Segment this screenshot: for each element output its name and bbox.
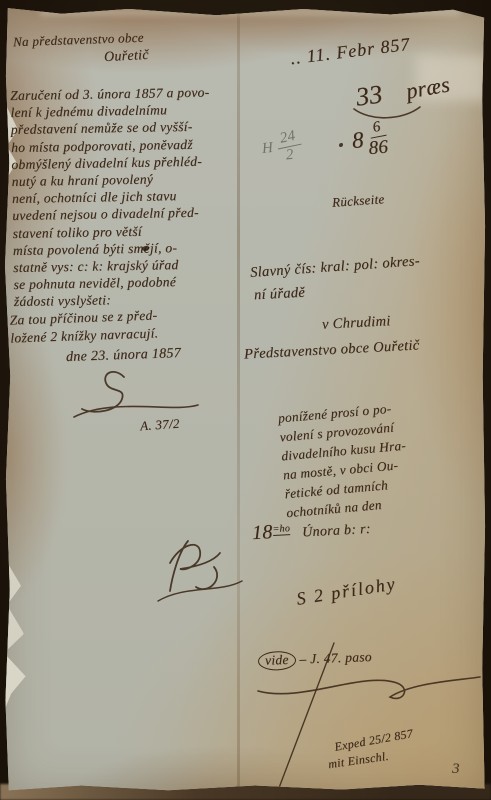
folio-number: 8 [351,127,365,153]
addressee-line: Představenstvo obce Ouřetič [244,337,420,363]
addressee-line: v Chrudimi [322,313,391,334]
pencil-note: H 24 2 [260,129,302,166]
addressee-line: Slavný čís: kral: pol: okres- [250,253,421,282]
text-line: ložené 2 knížky navracují. [10,324,159,347]
verso-note: Rückseite [332,191,386,211]
paper-top-edge-highlight [40,8,460,16]
address-line: Ouřetič [104,48,150,66]
signature-paraph-icon [54,365,204,425]
ink-blot [339,143,343,147]
fraction-denominator: 2 [285,147,294,164]
addressee-line: ní úřadě [254,285,306,305]
presentation-date: .. 11. Febr 857 [289,34,411,70]
file-number: A. 37/2 [139,416,180,435]
paper-sheet: Na představenstvo obce Ouřetič Zaručení … [4,5,487,795]
closing-paragraph: Za tou příčinou se z před- ložené 2 kníž… [9,306,158,347]
clerk-initials-icon [150,523,250,608]
page-number: 3 [452,761,460,778]
date-day: 18 [251,521,273,544]
docket-word: præs [404,71,452,104]
fraction-numerator: 24 [275,128,302,150]
fraction: 6 86 [366,120,389,159]
petition-date: 18=ho Února b: r: [251,516,371,545]
fraction-numerator: 6 [367,119,386,139]
reply-body-paragraph: Zaručení od 3. února 1857 a povo- lení k… [10,83,246,311]
fraction-denominator: 86 [368,136,389,158]
address-line: Na představenstvo obce [13,30,144,51]
date-rest: Února b: r: [302,522,371,541]
date-line: dne 23. února 1857 [66,346,182,366]
backing-surface [0,784,491,800]
torn-edge [4,557,24,653]
document-scan: Na představenstvo obce Ouřetič Zaručení … [0,0,491,800]
pencil-fraction: 24 2 [276,129,303,164]
folio-fraction: 8 6 86 [350,120,389,160]
cancellation-stroke-icon [266,639,344,800]
date-ordinal: =ho [272,523,290,536]
petition-paragraph: ponížené prosí o po- volení s provozován… [277,398,411,522]
torn-edge [4,653,28,711]
pencil-prefix: H [261,140,274,157]
enclosures-note: S 2 přílohy [295,573,398,610]
